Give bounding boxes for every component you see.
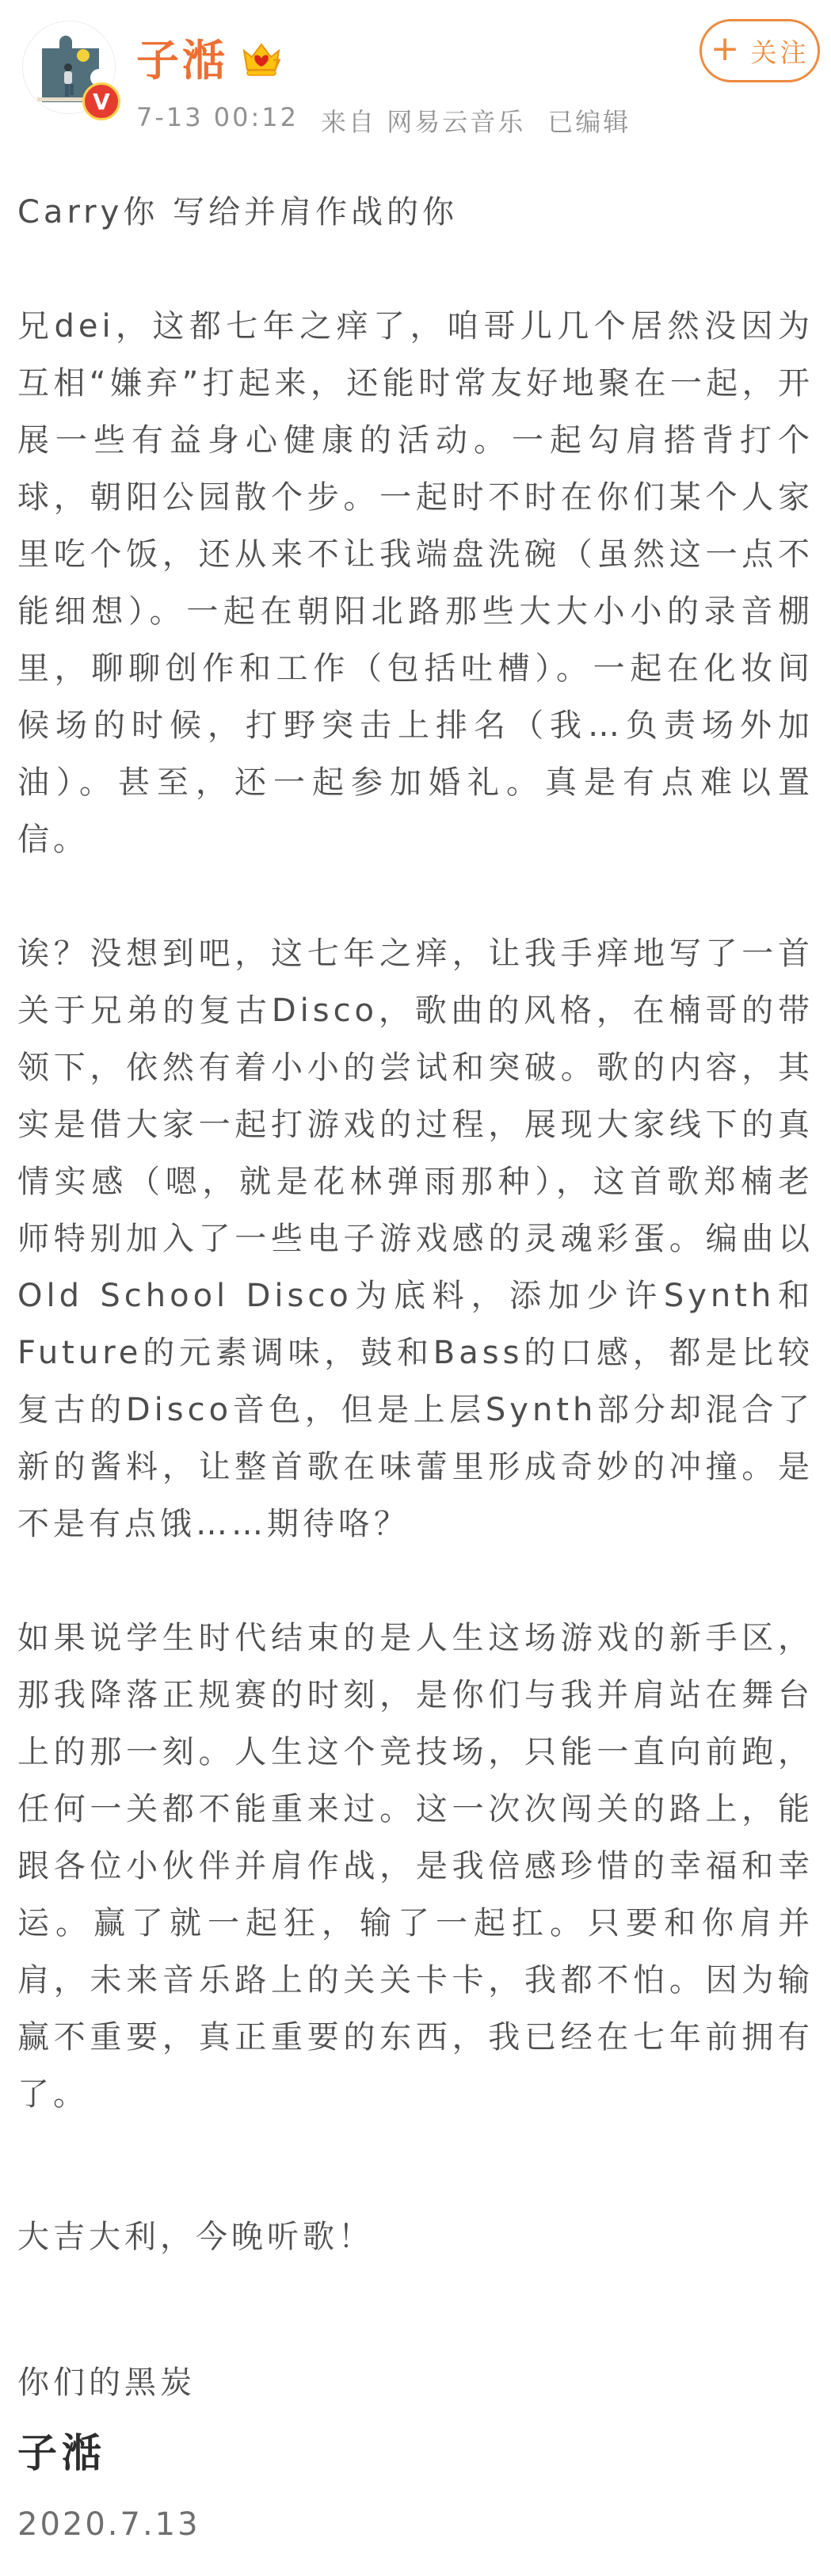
post-body: Carry你 写给并肩作战的你 兄dei，这都七年之痒了，咱哥儿几个居然没因为互… (0, 184, 831, 2576)
post-paragraph: 诶？没想到吧，这七年之痒，让我手痒地写了一首关于兄弟的复古Disco，歌曲的风格… (17, 925, 814, 1553)
crown-level-number: 7 (273, 56, 281, 71)
post-paragraph: 如果说学生时代结束的是人生这场游戏的新手区，那我降落正规赛的时刻，是你们与我并肩… (17, 1610, 814, 2123)
plus-icon: + (711, 32, 743, 67)
signature-name: 子湉 (17, 2422, 814, 2484)
verified-letter: V (93, 89, 110, 115)
avatar[interactable]: V (22, 21, 116, 114)
post-meta: 7-13 00:12 来自 网易云音乐 已编辑 (136, 102, 815, 139)
edited-label: 已编辑 (547, 102, 631, 139)
follow-button[interactable]: + 关注 (699, 19, 820, 82)
post-paragraph: 兄dei，这都七年之痒了，咱哥儿几个居然没因为互相“嫌弃”打起来，还能时常友好地… (17, 298, 814, 868)
username[interactable]: 子湉 (136, 27, 228, 88)
follow-button-label: 关注 (750, 32, 809, 70)
source-app[interactable]: 来自 网易云音乐 (321, 102, 525, 139)
signoff-line: 你们的黑炭 (17, 2354, 814, 2411)
post-title: Carry你 写给并肩作战的你 (17, 184, 814, 241)
verified-badge-icon: V (82, 82, 120, 120)
post-header: V 子湉 7 7-13 00:12 来自 网易云音乐 已编辑 + 关注 (0, 0, 831, 151)
post-date: 2020.7.13 (17, 2497, 814, 2576)
closing-line: 大吉大利，今晚听歌！ (17, 2208, 814, 2265)
membership-crown-icon: 7 (239, 38, 284, 78)
timestamp: 7-13 00:12 (136, 102, 299, 139)
